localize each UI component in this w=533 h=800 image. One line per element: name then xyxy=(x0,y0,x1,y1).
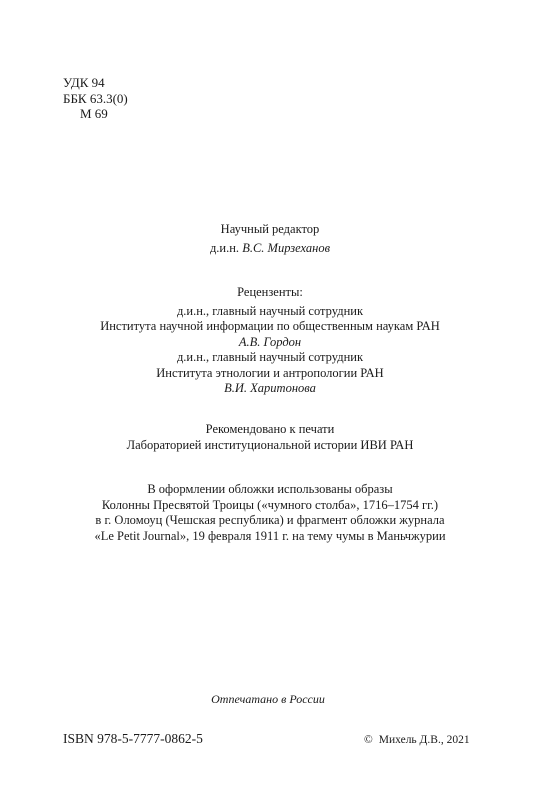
reviewer-position: д.и.н., главный научный сотрудник xyxy=(0,350,533,366)
copyright-notice: ©Михель Д.В., 2021 xyxy=(364,733,470,749)
recommendation-block: Рекомендовано к печати Лабораторией инст… xyxy=(0,422,533,453)
editor-degree: д.и.н. xyxy=(210,241,239,255)
scientific-editor-block: Научный редактор д.и.н. В.С. Мирзеханов xyxy=(0,222,533,256)
cover-note-line: в г. Оломоуц (Чешская республика) и фраг… xyxy=(0,513,533,529)
isbn: ISBN 978-5-7777-0862-5 xyxy=(63,731,203,747)
author-mark: М 69 xyxy=(63,106,128,122)
reviewer-name: В.И. Харитонова xyxy=(0,381,533,397)
recommendation-line: Лабораторией институциональной истории И… xyxy=(0,438,533,454)
udk-code: УДК 94 xyxy=(63,75,128,91)
reviewer-name: А.В. Гордон xyxy=(0,335,533,351)
reviewer-institution: Института этнологии и антропологии РАН xyxy=(0,366,533,382)
reviewer-entry: д.и.н., главный научный сотрудник Инстит… xyxy=(0,350,533,397)
editor-credit: д.и.н. В.С. Мирзеханов xyxy=(0,241,533,257)
reviewer-position: д.и.н., главный научный сотрудник xyxy=(0,304,533,320)
reviewers-heading: Рецензенты: xyxy=(0,285,533,301)
reviewer-entry: д.и.н., главный научный сотрудник Инстит… xyxy=(0,304,533,351)
cover-note-block: В оформлении обложки использованы образы… xyxy=(0,482,533,544)
bbk-code: ББК 63.3(0) xyxy=(63,91,128,107)
recommendation-line: Рекомендовано к печати xyxy=(0,422,533,438)
cover-note-line: В оформлении обложки использованы образы xyxy=(0,482,533,498)
classification-block: УДК 94 ББК 63.3(0) М 69 xyxy=(63,75,128,122)
reviewer-institution: Института научной информации по обществе… xyxy=(0,319,533,335)
copyright-text: Михель Д.В., 2021 xyxy=(379,734,470,746)
editor-role: Научный редактор xyxy=(0,222,533,238)
printed-in-note: Отпечатано в России xyxy=(0,692,533,708)
editor-name: В.С. Мирзеханов xyxy=(242,241,330,255)
reviewers-block: Рецензенты: д.и.н., главный научный сотр… xyxy=(0,285,533,397)
cover-note-line: «Le Petit Journal», 19 февраля 1911 г. н… xyxy=(0,529,533,545)
copyright-symbol: © xyxy=(364,734,373,746)
cover-note-line: Колонны Пресвятой Троицы («чумного столб… xyxy=(0,498,533,514)
